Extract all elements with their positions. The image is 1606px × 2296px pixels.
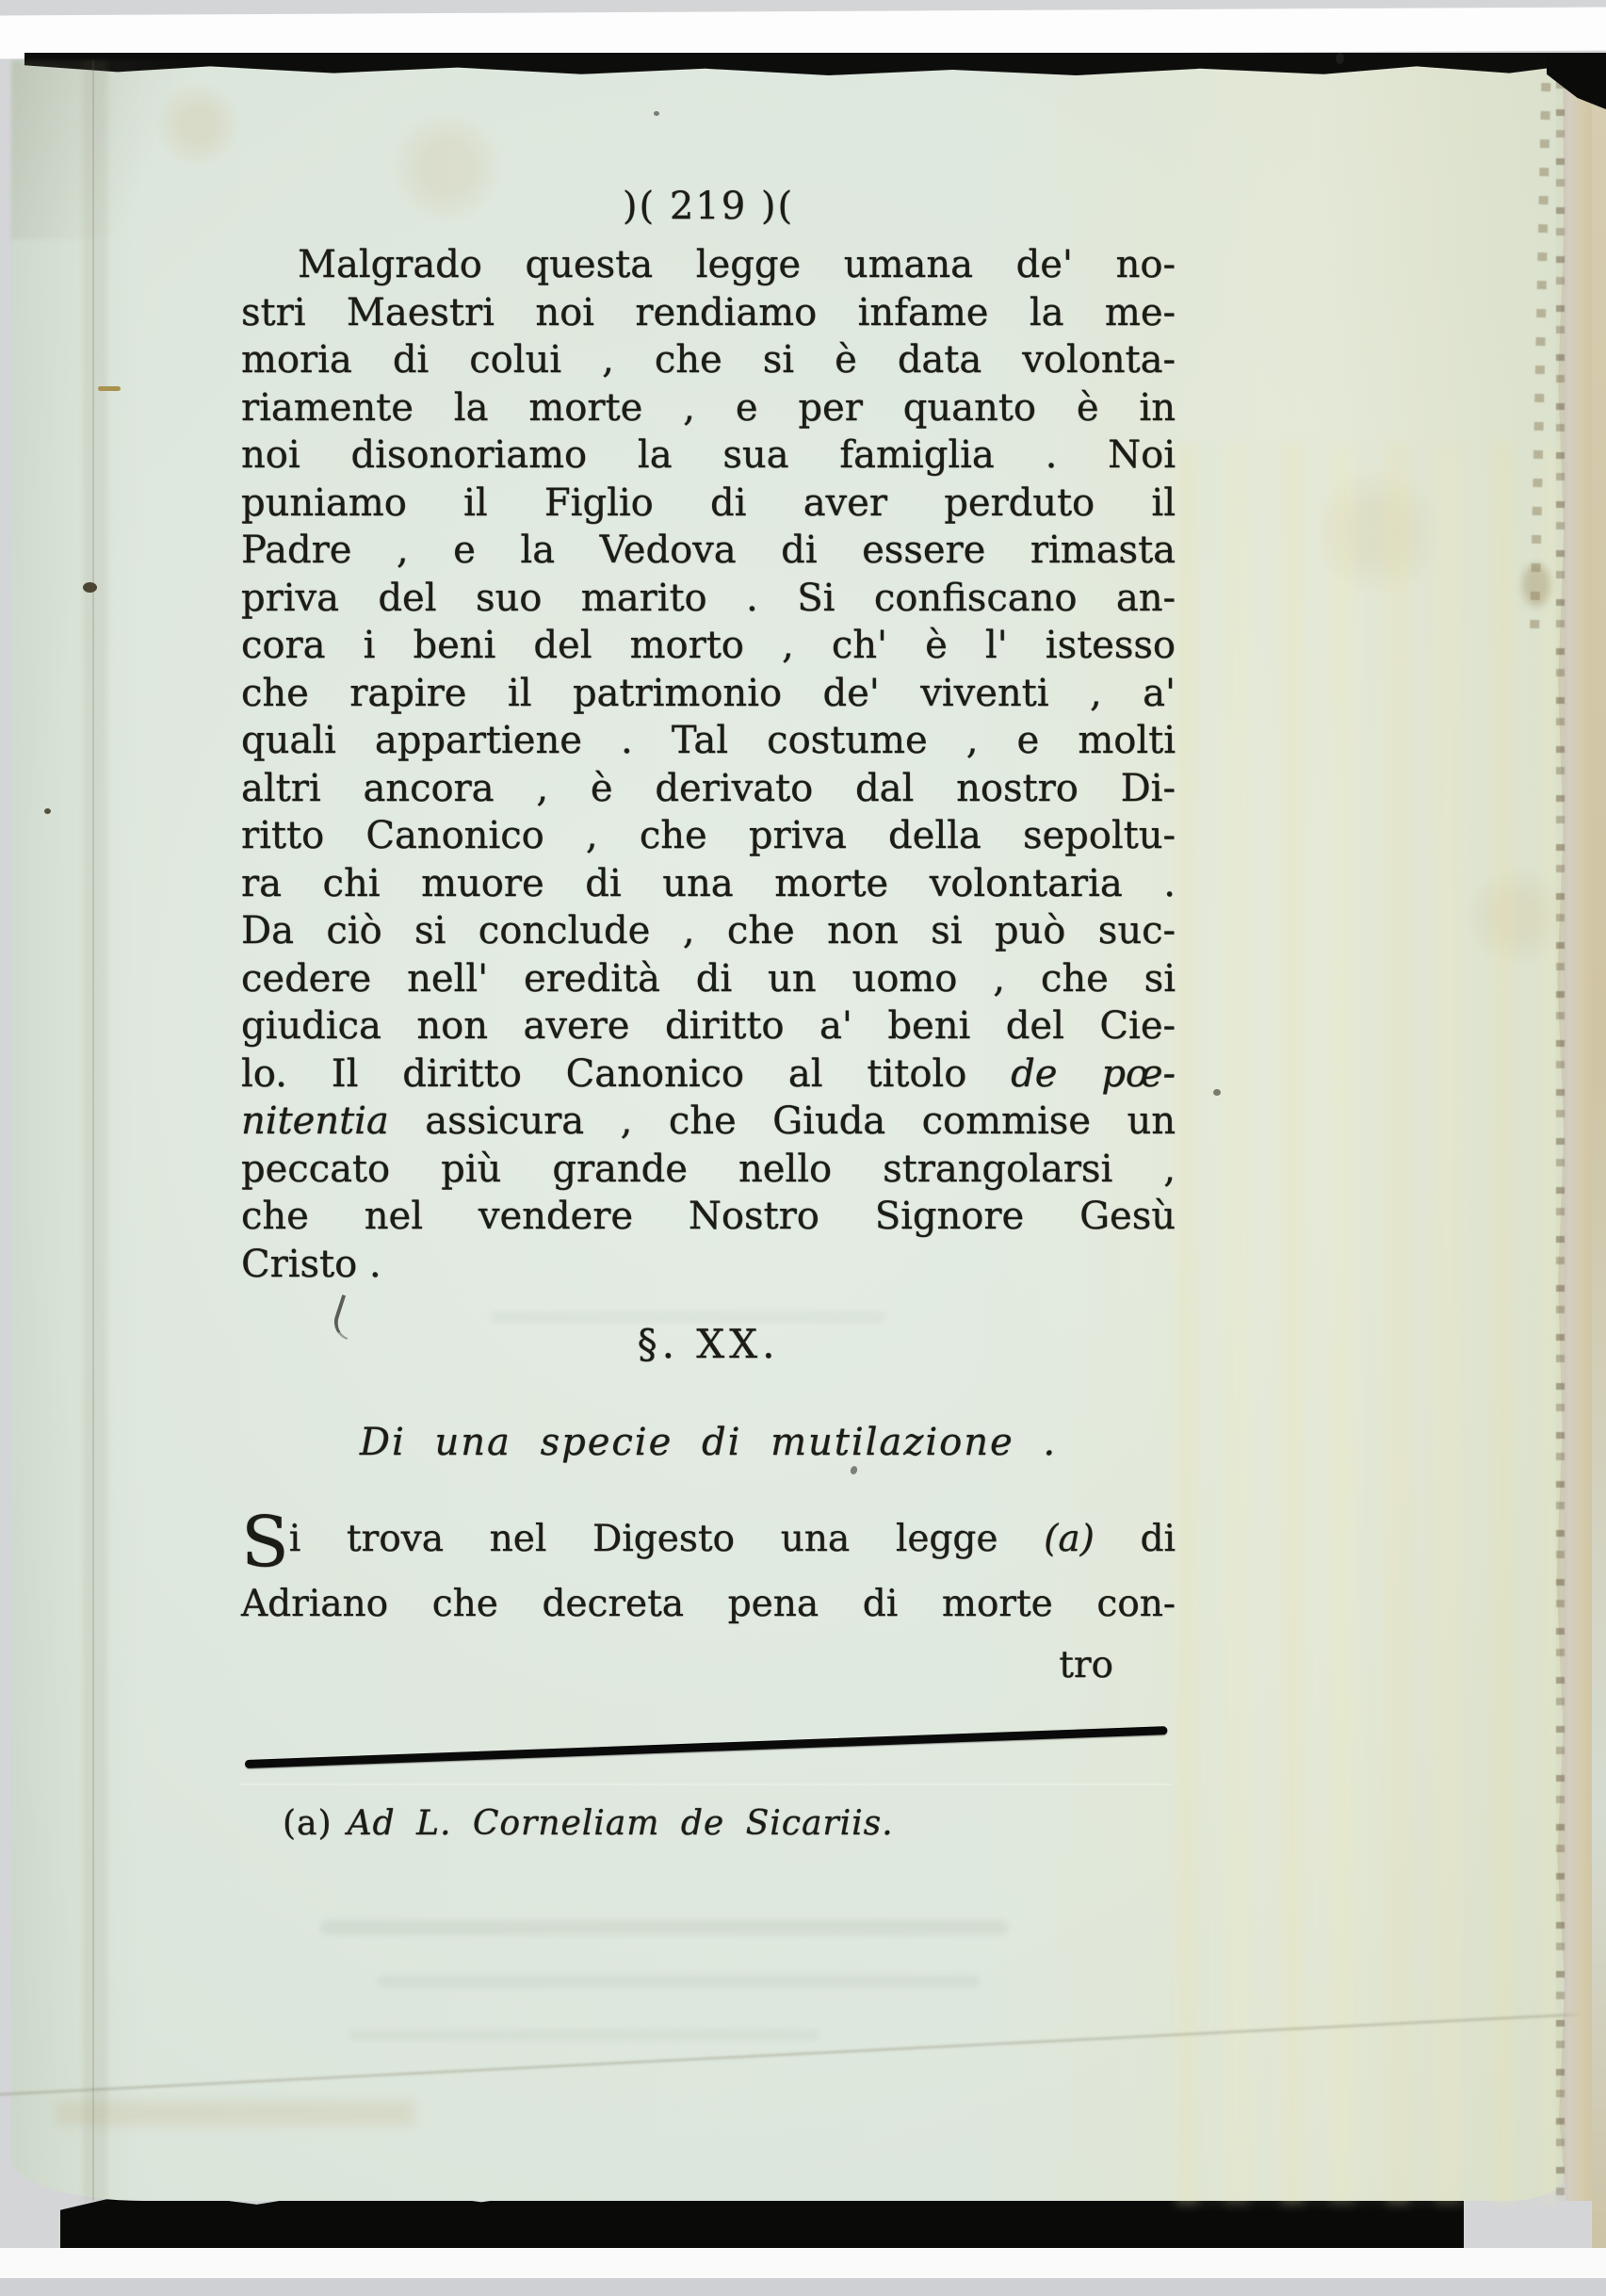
catchword: tro xyxy=(241,1643,1176,1688)
footnote: (a)Ad L. Corneliam de Sicariis. xyxy=(283,1801,1177,1847)
drop-cap: S xyxy=(241,1502,289,1583)
text-line: giudica non avere diritto a' beni del Ci… xyxy=(241,1002,1176,1050)
ink-speck xyxy=(44,808,51,814)
stain-dash xyxy=(98,386,121,391)
text-line: altri ancora , è derivato dal nostro Di- xyxy=(241,765,1176,813)
scan-edge-gray-bottom xyxy=(0,2278,1606,2296)
text-run: lo. Il diritto Canonico al titolo xyxy=(241,1052,1011,1096)
footnote-reference: (a) xyxy=(1044,1518,1095,1560)
main-paragraph: Malgrado questa legge umana de' no- stri… xyxy=(241,241,1176,1288)
paper-fold-line xyxy=(92,60,94,2201)
book-edge-strip xyxy=(1592,60,1606,2248)
scan-artifact-line xyxy=(239,1783,1172,1785)
footnote-marker: (a) xyxy=(283,1804,333,1843)
text-line: Malgrado questa legge umana de' no- xyxy=(241,241,1176,289)
page-number-header: )( 219 )( xyxy=(241,183,1176,230)
show-through-line xyxy=(377,1975,980,1988)
text-line: moria di colui , che si è data volonta- xyxy=(241,336,1176,384)
section-subtitle: Di una specie di mutilazione . xyxy=(241,1421,1176,1464)
footnote-text: Ad L. Corneliam de Sicariis. xyxy=(348,1804,894,1843)
show-through-line xyxy=(320,1920,1008,1935)
text-line: che nel vendere Nostro Signore Gesù xyxy=(241,1193,1176,1241)
ink-speck xyxy=(1336,53,1344,64)
text-line: priva del suo marito . Si confiscano an- xyxy=(241,575,1176,623)
ink-speck xyxy=(83,582,97,593)
text-line: cedere nell' eredità di un uomo , che si xyxy=(241,955,1176,1003)
text-line: riamente la morte , e per quanto è in xyxy=(241,384,1176,432)
ink-speck xyxy=(1213,1089,1221,1096)
paper-corner-fold xyxy=(11,60,219,239)
show-through-line xyxy=(349,2029,819,2041)
book-page-scan: )( 219 )( Malgrado questa legge umana de… xyxy=(0,0,1606,2296)
text-line: lo. Il diritto Canonico al titolo de pœ- xyxy=(241,1050,1176,1099)
text-line: ritto Canonico , che priva della sepoltu… xyxy=(241,812,1176,860)
latin-italic-run: de pœ- xyxy=(1011,1052,1176,1096)
latin-italic-run: nitentia xyxy=(241,1099,389,1143)
scan-edge-white-bottom xyxy=(0,2248,1606,2282)
text-line: puniamo il Figlio di aver perduto il xyxy=(241,480,1176,528)
paper-crease-stain xyxy=(57,2101,414,2125)
text-line: Adriano che decreta pena di morte con- xyxy=(241,1581,1176,1628)
deckle-edge-marks xyxy=(1556,60,1565,2201)
text-run: i trova nel Digesto una legge xyxy=(289,1518,1044,1560)
text-line: Si trova nel Digesto una legge (a) di xyxy=(241,1513,1176,1566)
text-run: di xyxy=(1095,1518,1176,1560)
scan-edge-white-top xyxy=(0,7,1606,58)
text-line: Da ciò si conclude , che non si può suc- xyxy=(241,907,1176,955)
text-run: assicura , che Giuda commise un xyxy=(389,1099,1176,1143)
edge-stain xyxy=(1522,563,1550,607)
text-line: Padre , e la Vedova di essere rimasta xyxy=(241,527,1176,575)
ink-speck xyxy=(654,111,659,116)
text-line: Cristo . xyxy=(241,1241,1176,1289)
text-line: stri Maestri noi rendiamo infame la me- xyxy=(241,289,1176,337)
underlying-page-edges xyxy=(1176,443,1558,2205)
text-line: noi disonoriamo la sua famiglia . Noi xyxy=(241,432,1176,480)
text-line: ra chi muore di una morte volontaria . xyxy=(241,860,1176,908)
section-number: §. XX. xyxy=(241,1321,1176,1367)
text-line: cora i beni del morto , ch' è l' istesso xyxy=(241,622,1176,670)
paper-fold-shade xyxy=(83,60,107,2201)
text-line: nitentia assicura , che Giuda commise un xyxy=(241,1098,1176,1146)
text-line: peccato più grande nello strangolarsi , xyxy=(241,1146,1176,1194)
text-line: quali appartiene . Tal costume , e molti xyxy=(241,717,1176,765)
text-line: che rapire il patrimonio de' viventi , a… xyxy=(241,670,1176,718)
